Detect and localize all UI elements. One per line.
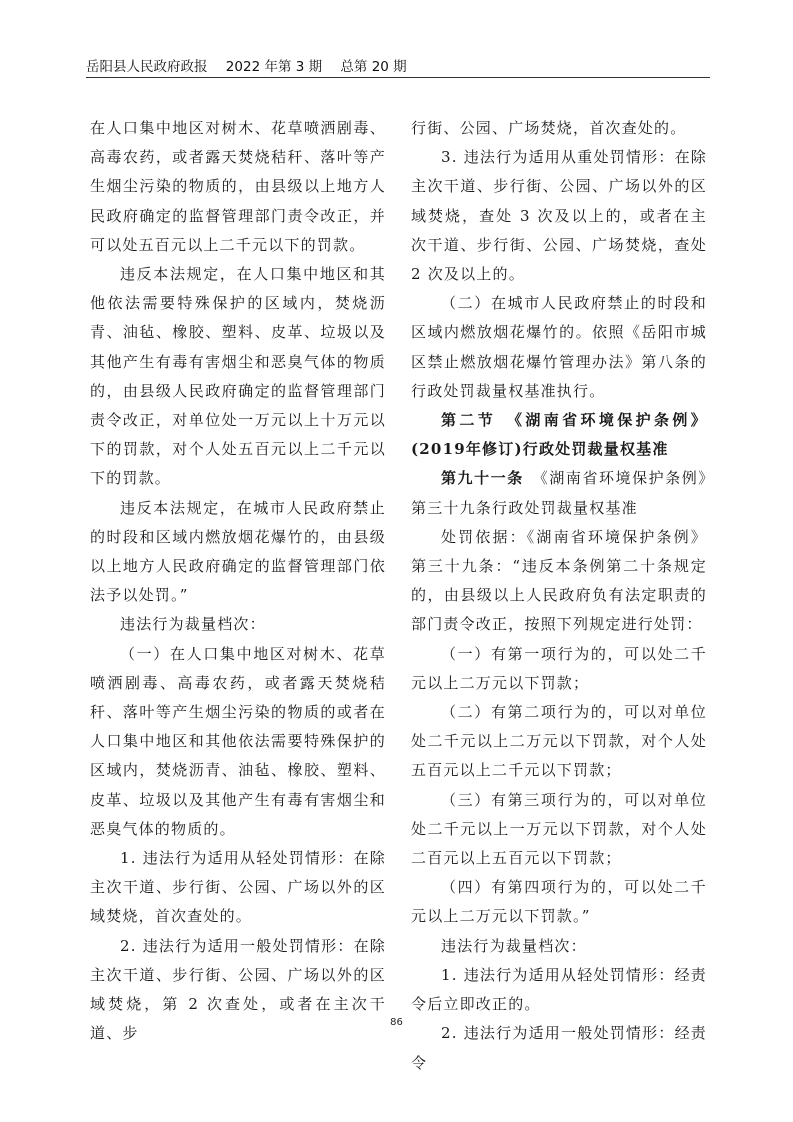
running-header: 岳阳县人民政府政报 2022 年第 3 期 总第 20 期 — [86, 59, 710, 78]
paragraph: （三）有第三项行为的，可以对单位处二千元以上一万元以下罚款，对个人处二百元以上五… — [411, 786, 707, 874]
article-number: 第九十一条 — [441, 469, 524, 487]
left-column: 在人口集中地区对树木、花草喷洒剧毒、高毒农药，或者露天焚烧秸秆、落叶等产生烟尘污… — [90, 114, 386, 1049]
paragraph: （二）有第二项行为的，可以对单位处二千元以上二万元以下罚款，对个人处五百元以上二… — [411, 698, 707, 786]
paragraph: （一）有第一项行为的，可以处二千元以上二万元以下罚款； — [411, 640, 707, 698]
paragraph: 行街、公园、广场焚烧，首次查处的。 — [411, 114, 707, 143]
paragraph: （四）有第四项行为的，可以处二千元以上二万元以下罚款。” — [411, 873, 707, 931]
issue-number: 2022 年第 3 期 — [226, 59, 322, 75]
paragraph: （一）在人口集中地区对树木、花草喷洒剧毒、高毒农药，或者露天焚烧秸秆、落叶等产生… — [90, 640, 386, 844]
paragraph: 2. 违法行为适用一般处罚情形：在除主次干道、步行街、公园、广场以外的区域焚烧，… — [90, 932, 386, 1049]
paragraph: （二）在城市人民政府禁止的时段和区域内燃放烟花爆竹的。依照《岳阳市城区禁止燃放烟… — [411, 289, 707, 406]
paragraph: 3. 违法行为适用从重处罚情形：在除主次干道、步行街、公园、广场以外的区域焚烧，… — [411, 143, 707, 289]
section-heading: 第二节 《湖南省环境保护条例》(2019年修订)行政处罚裁量权基准 — [411, 406, 707, 464]
paragraph: 违反本法规定，在人口集中地区和其他依法需要特殊保护的区域内，焚烧沥青、油毡、橡胶… — [90, 260, 386, 494]
paragraph: 处罚依据：《湖南省环境保护条例》第三十九条：“违反本条例第二十条规定的，由县级以… — [411, 523, 707, 640]
paragraph: 2. 违法行为适用一般处罚情形：经责令 — [411, 1019, 707, 1077]
paragraph: 违反本法规定，在城市人民政府禁止的时段和区域内燃放烟花爆竹的，由县级以上地方人民… — [90, 494, 386, 611]
paragraph: 1. 违法行为适用从轻处罚情形：经责令后立即改正的。 — [411, 961, 707, 1019]
page-number: 86 — [0, 1017, 793, 1028]
right-column: 行街、公园、广场焚烧，首次查处的。 3. 违法行为适用从重处罚情形：在除主次干道… — [411, 114, 707, 1078]
publication-name: 岳阳县人民政府政报 — [86, 59, 208, 75]
paragraph: 违法行为裁量档次： — [90, 610, 386, 639]
total-issue-number: 总第 20 期 — [340, 59, 406, 75]
paragraph: 违法行为裁量档次： — [411, 932, 707, 961]
paragraph: 1. 违法行为适用从轻处罚情形：在除主次干道、步行街、公园、广场以外的区域焚烧，… — [90, 844, 386, 932]
paragraph: 在人口集中地区对树木、花草喷洒剧毒、高毒农药，或者露天焚烧秸秆、落叶等产生烟尘污… — [90, 114, 386, 260]
article-heading: 第九十一条 《湖南省环境保护条例》第三十九条行政处罚裁量权基准 — [411, 464, 707, 522]
